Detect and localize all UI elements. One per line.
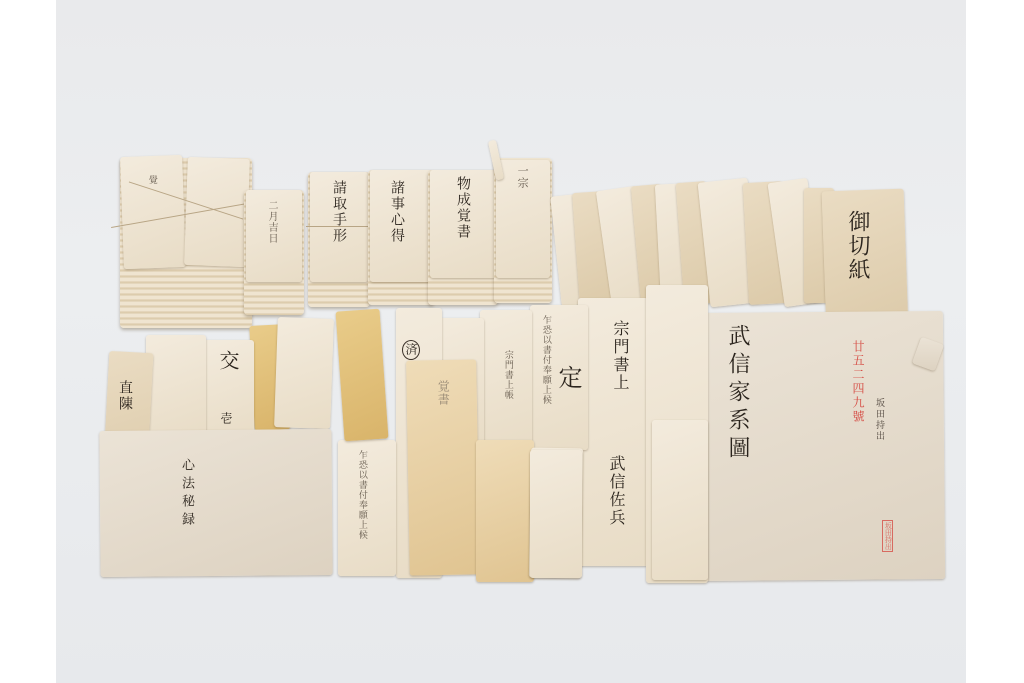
- bundle-text: 請取手形: [332, 180, 346, 244]
- document-shinpo-hiroku: [99, 429, 332, 577]
- left-mid-text: 交: [218, 350, 238, 372]
- folded-document: [274, 317, 334, 429]
- round-mark: 済: [402, 340, 420, 360]
- left-mid-sub: 壱: [220, 412, 232, 426]
- bundle-text: 一宗: [516, 165, 528, 189]
- letter-text: 乍恐以書付奉願上候: [540, 315, 550, 405]
- letter-f-text: 定: [556, 365, 580, 391]
- bundle-text: 物成覚書: [456, 176, 470, 240]
- genealogy-red-annotation: 廿五二四九號: [852, 340, 864, 424]
- letter-text: 宗門書上帳: [502, 350, 512, 400]
- letter: [476, 440, 534, 582]
- letter-text: 覚書: [436, 380, 449, 406]
- letter: [530, 450, 582, 578]
- left-small-text: 直陳: [118, 380, 132, 412]
- letter: [146, 335, 206, 435]
- photo: 覺 二月吉日 請取手形 諸事心得 物成覚書 一宗 御切紙 武信家系圖 廿五二四九…: [56, 0, 966, 683]
- genealogy-title: 武信家系圖: [726, 324, 748, 464]
- bundle-text: 二月吉日: [266, 200, 277, 244]
- bundle-text: 覺: [146, 175, 156, 185]
- center-letter-top: 宗門書上: [612, 320, 628, 392]
- center-letter-bottom: 武信佐兵: [608, 455, 624, 527]
- letter: [338, 440, 396, 576]
- bundle-cover: [120, 155, 186, 269]
- genealogy-side-note: 坂田持出: [874, 398, 883, 442]
- shinpo-hiroku-title: 心法秘録: [180, 458, 193, 530]
- bundle-text: 諸事心得: [390, 180, 404, 244]
- gokirigami-title: 御切紙: [846, 210, 868, 282]
- folded-document: [336, 309, 389, 442]
- letter-text: 乍恐以書付奉願上候: [356, 450, 366, 540]
- red-stamp: 坂田持出: [882, 520, 893, 552]
- folded-document: [652, 420, 708, 580]
